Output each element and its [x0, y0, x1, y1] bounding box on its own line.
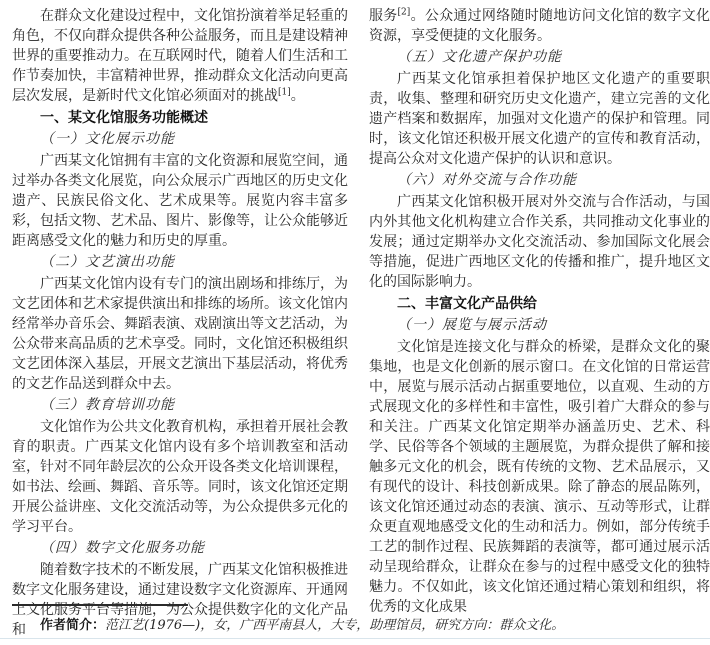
subsection-heading: （一）文化展示功能 — [12, 129, 348, 150]
two-column-text: 在群众文化建设过程中，文化馆扮演着举足轻重的角色，不仅向群众提供各种公益服务，而… — [12, 6, 710, 640]
paragraph: 在群众文化建设过程中，文化馆扮演着举足轻重的角色，不仅向群众提供各种公益服务，而… — [12, 6, 348, 106]
paragraph: 广西某文化馆积极开展对外交流与合作活动，与国内外其他文化机构建立合作关系，共同推… — [369, 192, 710, 292]
paragraph: 广西某文化馆内设有专门的演出剧场和排练厅，为文艺团体和艺术家提供演出和排练的场所… — [12, 274, 348, 394]
page-bottom-rule — [0, 638, 710, 639]
column-left: 在群众文化建设过程中，文化馆扮演着举足轻重的角色，不仅向群众提供各种公益服务，而… — [12, 6, 348, 640]
paper-page: 在群众文化建设过程中，文化馆扮演着举足轻重的角色，不仅向群众提供各种公益服务，而… — [0, 0, 710, 645]
section-heading: 一、某文化馆服务功能概述 — [12, 107, 348, 128]
section-heading: 二、丰富文化产品供给 — [369, 293, 710, 314]
paragraph: 广西某文化馆承担着保护地区文化遗产的重要职责，收集、整理和研究历史文化遗产，建立… — [369, 69, 710, 169]
subsection-heading: （三）教育培训功能 — [12, 395, 348, 416]
citation-ref: [1] — [278, 87, 291, 97]
paragraph: 服务[2]。公众通过网络随时随地访问文化馆的数字文化资源，享受便捷的文化服务。 — [369, 6, 710, 46]
subsection-heading: （六）对外交流与合作功能 — [369, 170, 710, 191]
author-bio-text: 范江艺(1976—)，女，广西平南县人，大专，助理馆员，研究方向：群众文化。 — [105, 618, 564, 633]
footnote-separator — [12, 604, 188, 606]
citation-ref: [2] — [398, 7, 411, 17]
author-bio-label: 作者简介： — [40, 617, 105, 632]
paragraph: 广西某文化馆拥有丰富的文化资源和展览空间，通过举办各类文化展览，向公众展示广西地… — [12, 151, 348, 251]
subsection-heading: （一）展览与展示活动 — [369, 315, 710, 336]
subsection-heading: （二）文艺演出功能 — [12, 252, 348, 273]
paragraph: 文化馆作为公共文化教育机构，承担着开展社会教育的职责。广西某文化馆内设有多个培训… — [12, 417, 348, 537]
column-right: 服务[2]。公众通过网络随时随地访问文化馆的数字文化资源，享受便捷的文化服务。（… — [369, 6, 710, 640]
subsection-heading: （四）数字文化服务功能 — [12, 538, 348, 559]
author-bio-footnote: 作者简介：范江艺(1976—)，女，广西平南县人，大专，助理馆员，研究方向：群众… — [12, 616, 702, 635]
subsection-heading: （五）文化遗产保护功能 — [369, 47, 710, 68]
paragraph: 文化馆是连接文化与群众的桥梁，是群众文化的聚集地，也是文化创新的展示窗口。在文化… — [369, 337, 710, 617]
